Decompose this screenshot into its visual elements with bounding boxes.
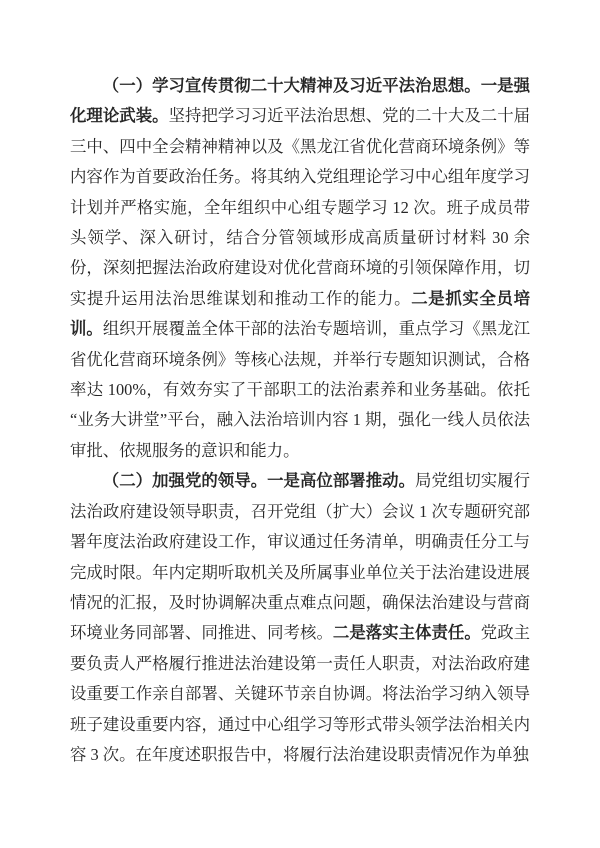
text-run-bold: （二）加强党的领导。一是高位部署推动。 xyxy=(103,471,415,490)
text-run-bold: 二是落实主体责任。 xyxy=(333,623,481,642)
text-run: 党政主要负责人严格履行推进法治建设第一责任人职责，对法治政府建设重要工作亲自部署… xyxy=(70,623,530,764)
text-run: 组织开展覆盖全体干部的法治专题培训，重点学习《黑龙江省优化营商环境条例》等核心法… xyxy=(70,319,530,460)
text-run: 坚持把学习习近平法治思想、党的二十大及二十届三中、四中全会精神精神以及《黑龙江省… xyxy=(70,106,530,307)
paragraph: （二）加强党的领导。一是高位部署推动。局党组切实履行法治政府建设领导职责，召开党… xyxy=(70,466,530,770)
paragraph: （一）学习宣传贯彻二十大精神及习近平法治思想。一是强化理论武装。坚持把学习习近平… xyxy=(70,71,530,466)
text-run: 局党组切实履行法治政府建设领导职责，召开党组（扩大）会议 1 次专题研究部署年度… xyxy=(70,471,530,642)
document-page: （一）学习宣传贯彻二十大精神及习近平法治思想。一是强化理论武装。坚持把学习习近平… xyxy=(0,0,600,848)
document-body: （一）学习宣传贯彻二十大精神及习近平法治思想。一是强化理论武装。坚持把学习习近平… xyxy=(70,71,530,770)
